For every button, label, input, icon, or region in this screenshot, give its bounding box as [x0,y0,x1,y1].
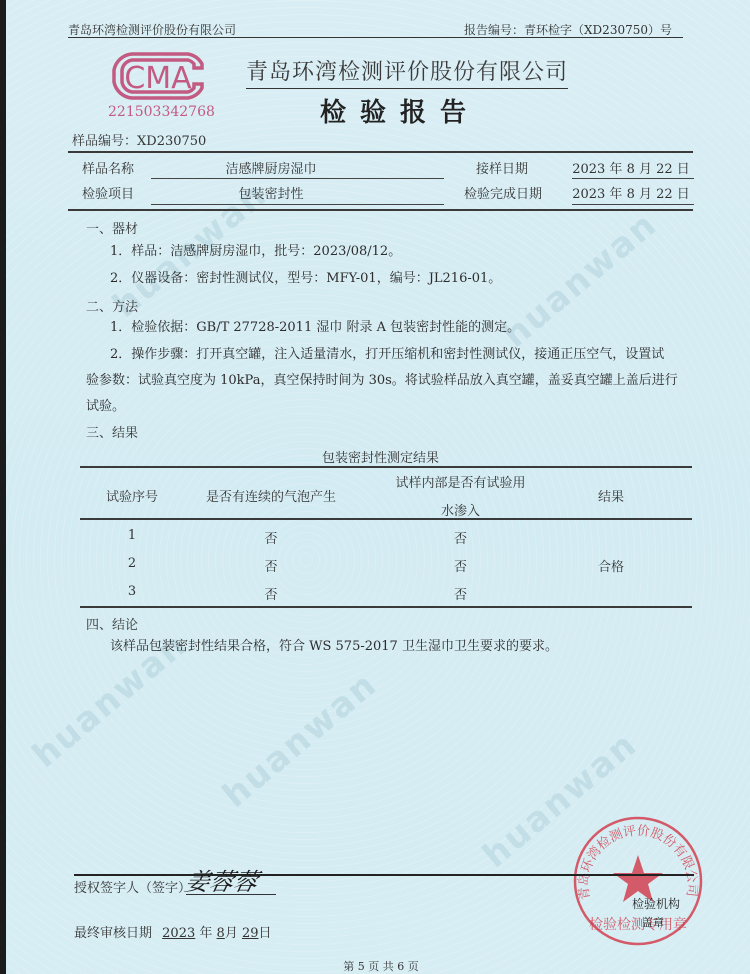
review-date: 最终审核日期 2023 年 8月 29日 [74,922,272,941]
cma-cert-number: 221503342768 [108,104,215,120]
review-day: 29 [242,926,259,941]
official-seal-icon: 青岛环湾检测评价股份有限公司 检验检测专用章 [572,815,704,947]
method-item: 试验。 [86,394,125,419]
sample-name-underline [151,178,444,179]
sample-number: 样品编号：XD230750 [72,130,206,149]
equipment-item: 2．仪器设备：密封性测试仪，型号：MFY-01，编号：JL216-01。 [110,266,501,291]
section-results-heading: 三、结果 [86,422,138,441]
section-conclusion-heading: 四、结论 [86,614,138,633]
complete-date-underline [572,204,694,205]
overall-result: 合格 [581,556,641,575]
receive-date-underline [572,178,694,179]
table-row-no: 2 [82,556,182,571]
table-row-water: 否 [378,528,543,547]
sample-number-value: XD230750 [137,134,206,149]
info-top-rule [68,151,693,153]
header-divider [68,37,683,38]
sample-number-label: 样品编号： [72,134,137,149]
column-header-water: 试样内部是否有试验用 [378,472,543,491]
test-item-label: 检验项目 [82,183,134,202]
receive-date-label: 接样日期 [476,158,528,177]
receive-date-value: 2023 年 8 月 22 日 [571,158,691,177]
page-title: 检验报告 [320,92,480,129]
results-table-bottom-rule [80,606,692,608]
watermark: huanwan [215,664,385,816]
info-bottom-rule [68,209,693,211]
method-item: 验参数：试验真空度为 10kPa，真空保持时间为 30s。将试验样品放入真空罐，… [86,368,678,393]
table-row-bubbles: 否 [196,584,346,603]
column-header-bubbles: 是否有连续的气泡产生 [196,486,346,505]
seal-label: 盖章 [642,914,664,930]
review-year: 2023 [162,926,195,941]
svg-text:检验检测专用章: 检验检测专用章 [589,916,687,933]
test-item-underline [151,204,444,205]
header-report-number: 报告编号：青环检字（XD230750）号 [464,21,672,38]
results-table-top-rule [80,466,692,468]
complete-date-value: 2023 年 8 月 22 日 [571,183,691,202]
conclusion-text: 该样品包装密封性结果合格，符合 WS 575-2017 卫生湿巾卫生要求的要求。 [110,634,558,659]
results-header-rule [80,518,692,520]
month-unit: 月 [225,926,238,941]
page-indicator: 第 5 页 共 6 页 [6,958,750,974]
cma-logo-icon: CMA [110,50,206,102]
table-row-no: 1 [82,528,182,543]
org-label: 检验机构 [632,895,680,912]
signature-underline [186,894,276,895]
report-page: huanwan huanwan huanwan huanwan huanwan … [0,0,750,974]
table-row-bubbles: 否 [196,556,346,575]
table-row-water: 否 [378,556,543,575]
svg-text:CMA: CMA [124,61,192,96]
day-unit: 日 [259,926,272,941]
handwritten-signature: 姜蓉蓉 [182,862,261,897]
signature-line [74,874,694,876]
header-company: 青岛环湾检测评价股份有限公司 [68,21,236,38]
signatory-label: 授权签字人（签字） [74,877,191,896]
table-row-water: 否 [378,584,543,603]
method-item: 1．检验依据：GB/T 27728-2011 湿巾 附录 A 包装密封性能的测定… [110,315,520,340]
test-item-value: 包装密封性 [151,183,391,202]
section-equipment-heading: 一、器材 [86,218,138,237]
method-item: 2．操作步骤：打开真空罐，注入适量清水，打开压缩机和密封性测试仪，接通正压空气，… [110,342,664,367]
column-header-test-no: 试验序号 [82,486,182,505]
year-unit: 年 [199,926,212,941]
table-row-bubbles: 否 [196,528,346,547]
sample-name-label: 样品名称 [82,158,134,177]
equipment-item: 1．样品：洁感牌厨房湿巾，批号：2023/08/12。 [110,239,401,264]
column-header-water-cont: 水渗入 [378,500,543,519]
watermark: huanwan [495,204,665,356]
complete-date-label: 检验完成日期 [464,183,542,202]
section-method-heading: 二、方法 [86,296,138,315]
table-row-no: 3 [82,584,182,599]
review-date-label: 最终审核日期 [74,926,152,941]
company-name: 青岛环湾检测评价股份有限公司 [246,55,568,89]
column-header-result: 结果 [581,486,641,505]
results-table-title: 包装密封性测定结果 [68,447,693,466]
review-month: 8 [217,926,225,941]
sample-name-value: 洁感牌厨房湿巾 [151,158,391,177]
